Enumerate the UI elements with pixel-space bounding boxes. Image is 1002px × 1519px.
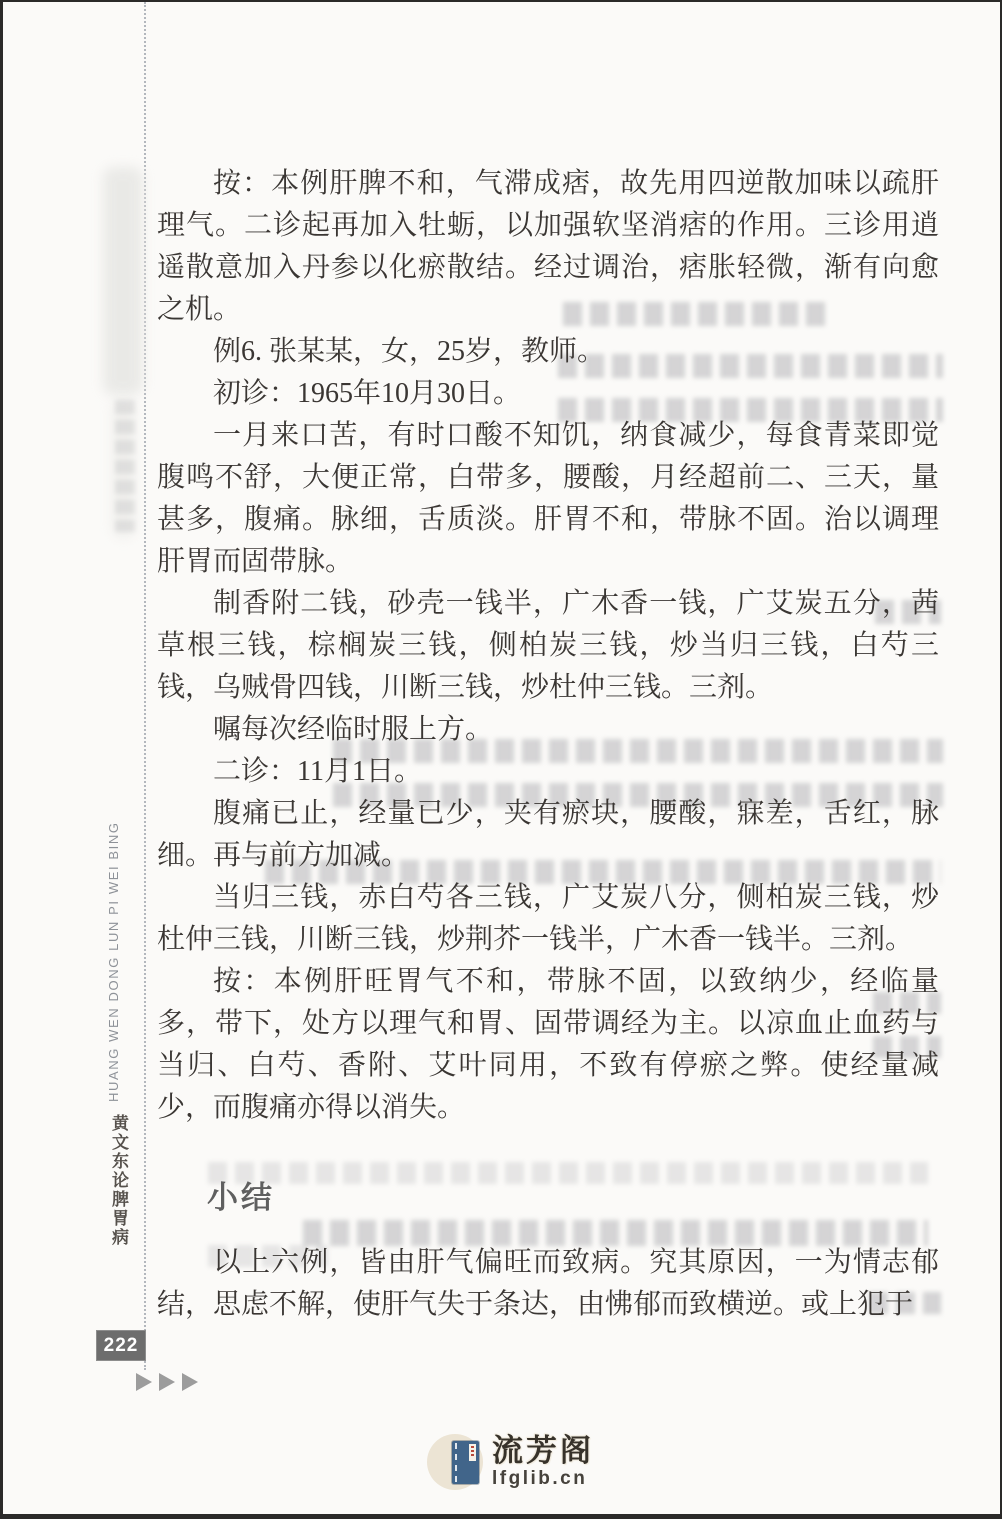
- paragraph: 制香附二钱，砂壳一钱半，广木香一钱，广艾炭五分，茜草根三钱，棕榈炭三钱，侧柏炭三…: [157, 583, 939, 709]
- section-heading: 小结: [207, 1179, 939, 1216]
- scan-page: HUANG WEN DONG LUN PI WEI BING 黄文东论脾胃病 2…: [0, 0, 1002, 1519]
- bleedthrough-artifact: [115, 400, 135, 532]
- paragraph: 按：本例肝旺胃气不和，带脉不固，以致纳少，经临量多，带下，处方以理气和胃、固带调…: [157, 961, 939, 1129]
- paragraph: 腹痛已止，经量已少，夹有瘀块，腰酸，寐差，舌红，脉细。再与前方加减。: [157, 793, 939, 877]
- paragraph: 当归三钱，赤白芍各三钱，广艾炭八分，侧柏炭三钱，炒杜仲三钱，川断三钱，炒荆芥一钱…: [157, 877, 939, 961]
- triangle-icon: [159, 1373, 175, 1391]
- paragraph: 嘱每次经临时服上方。: [157, 709, 939, 751]
- spine-chinese-title: 黄文东论脾胃病: [106, 1114, 131, 1247]
- paragraph: 初诊：1965年10月30日。: [157, 373, 939, 415]
- watermark-name: 流芳阁: [492, 1435, 594, 1468]
- paragraph: 一月来口苦，有时口酸不知饥，纳食减少，每食青菜即觉腹鸣不舒，大便正常，白带多，腰…: [157, 415, 939, 583]
- nav-triangles: [136, 1373, 198, 1391]
- page-number-badge: 222: [96, 1330, 146, 1361]
- paragraph: 例6. 张某某，女，25岁，教师。: [157, 331, 939, 373]
- watermark: 流芳阁 lfglib.cn: [427, 1434, 594, 1490]
- scan-shadow: [103, 167, 143, 395]
- paragraph: 按：本例肝脾不和，气滞成痞，故先用四逆散加味以疏肝理气。二诊起再加入牡蛎，以加强…: [157, 163, 939, 331]
- triangle-icon: [182, 1373, 198, 1391]
- body-text: 按：本例肝脾不和，气滞成痞，故先用四逆散加味以疏肝理气。二诊起再加入牡蛎，以加强…: [157, 163, 939, 1326]
- watermark-domain: lfglib.cn: [492, 1469, 594, 1489]
- gutter-dotted-line: [144, 2, 146, 1370]
- triangle-icon: [136, 1373, 152, 1391]
- book-icon: [427, 1434, 483, 1490]
- paragraph: 二诊：11月1日。: [157, 751, 939, 793]
- paragraph: 以上六例，皆由肝气偏旺而致病。究其原因，一为情志郁结，思虑不解，使肝气失于条达，…: [157, 1242, 939, 1326]
- spine-pinyin-title: HUANG WEN DONG LUN PI WEI BING: [106, 818, 121, 1102]
